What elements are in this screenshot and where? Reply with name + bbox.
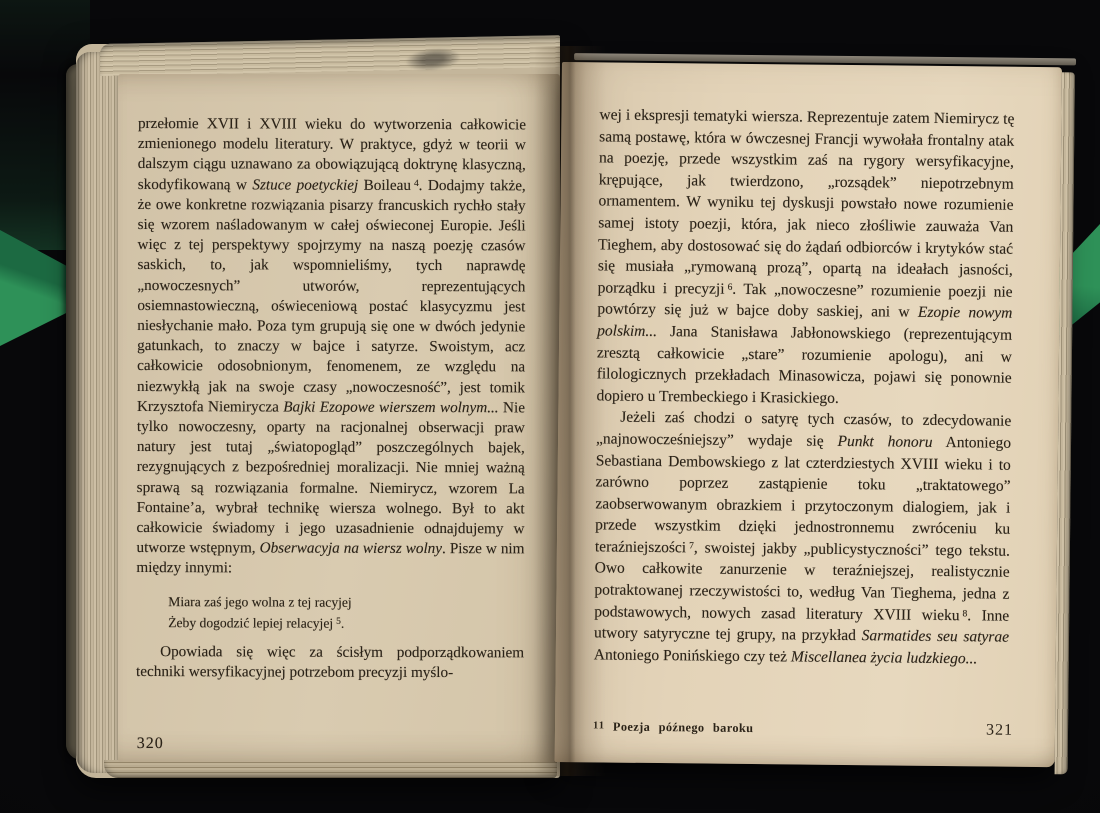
text-segment: .	[341, 615, 344, 630]
text-segment: Antoniego Ponińskiego czy też	[594, 646, 791, 665]
text-segment: Antoniego Sebastiana Dembowskiego z lat …	[595, 434, 1011, 556]
paragraph: Opowiada się więc za ścisłym podporządko…	[136, 642, 524, 684]
right-page: wej i ekspresji tematyki wiersza. Reprez…	[555, 62, 1062, 767]
photo-background: przełomie XVII i XVIII wieku do wytworze…	[0, 0, 1100, 813]
paragraph: Jeżeli zaś chodzi o satyrę tych czasów, …	[594, 407, 1012, 670]
signature-label: Poezja późnego baroku	[613, 720, 754, 735]
right-page-footer: 11Poezja późnego baroku 321	[593, 717, 1013, 739]
paragraph: wej i ekspresji tematyki wiersza. Reprez…	[596, 104, 1014, 411]
text-segment: wej i ekspresji tematyki wiersza. Reprez…	[598, 106, 1015, 297]
footer-signature: 11Poezja późnego baroku	[593, 719, 754, 736]
text-segment: Bajki Ezopowe wierszem wolnym...	[283, 398, 498, 416]
right-page-number: 321	[986, 721, 1013, 739]
text-segment: Żeby dogodzić lepiej relacyjej	[168, 615, 333, 631]
left-page-paragraphs-after: Opowiada się więc za ścisłym podporządko…	[136, 642, 524, 684]
text-segment: Miara zaś jego wolna z tej racyjej	[168, 594, 351, 610]
text-segment: Punkt honoru	[838, 433, 933, 451]
left-page-number: 320	[137, 734, 164, 754]
text-segment: Opowiada się więc za ścisłym podporządko…	[136, 643, 524, 681]
text-segment: Obserwacyja na wiersz wolny	[260, 540, 442, 558]
right-page-text: wej i ekspresji tematyki wiersza. Reprez…	[594, 104, 1015, 670]
text-segment: Boileau	[358, 176, 411, 193]
verse-line: Miara zaś jego wolna z tej racyjej	[168, 591, 524, 613]
text-segment: Miscellanea życia ludzkiego...	[791, 648, 978, 667]
cover-board-edge	[574, 53, 1076, 65]
page-stack-edge-right	[1055, 72, 1075, 774]
text-segment: Sztuce poetyckiej	[252, 176, 358, 193]
verse-block: Miara zaś jego wolna z tej racyjejŻeby d…	[168, 591, 524, 634]
paragraph: przełomie XVII i XVIII wieku do wytworze…	[136, 114, 526, 580]
text-segment: Jana Stanisława Jabłonowskiego (reprezen…	[596, 323, 1012, 407]
left-page-paragraphs: przełomie XVII i XVIII wieku do wytworze…	[136, 114, 526, 580]
page-stack-edge-left	[76, 52, 120, 773]
text-segment: Nie tylko nowoczesny, oparty na racjonal…	[136, 399, 525, 557]
left-page-text: przełomie XVII i XVIII wieku do wytworze…	[136, 114, 526, 813]
page-stack-edge-top	[100, 35, 560, 76]
text-segment: Sarmatides seu satyrae	[862, 627, 1010, 646]
text-segment: . Dodajmy także, że owe konkretne rozwią…	[137, 177, 526, 416]
signature-number: 11	[593, 720, 605, 731]
verse-line: Żeby dogodzić lepiej relacyjej5.	[168, 612, 524, 634]
